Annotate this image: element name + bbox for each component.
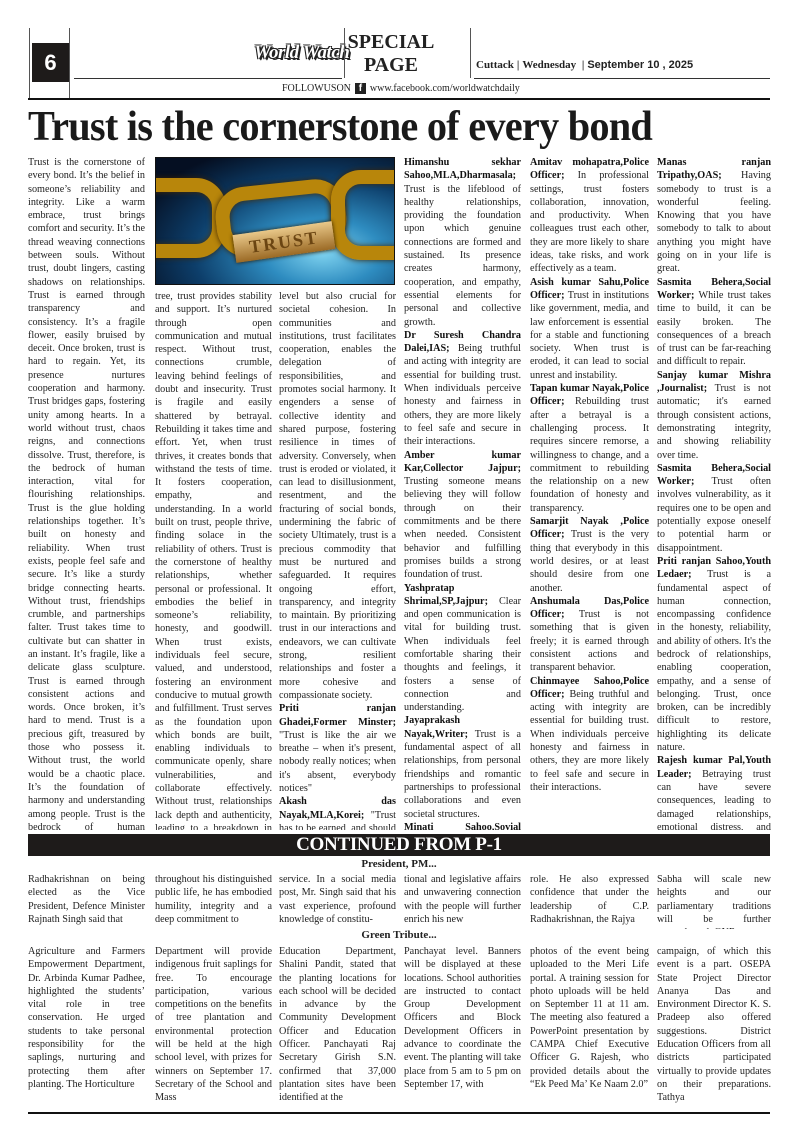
quote-author: Jayaprakash Nayak,Writer; <box>404 715 468 739</box>
quote-author: Yashpratap Shrimal,SP,Jajpur; <box>404 583 488 607</box>
quote-text: Trust is not automatic; it's earned thro… <box>657 383 771 460</box>
chain-link-right <box>331 170 395 260</box>
quote-text: Rebuilding trust after a betrayal is a c… <box>530 396 649 513</box>
quote-author: Minati Sahoo,Sovial Worker; <box>404 822 521 830</box>
article-column-6: Manas ranjan Tripathy,OAS; Having somebo… <box>657 156 771 830</box>
article-column-3: level but also crucial for societal cohe… <box>279 290 396 830</box>
quote: Amitav mohapatra,Police Officer; In prof… <box>530 156 649 276</box>
page-number: 6 <box>32 43 69 82</box>
continued-banner: CONTINUED FROM P-1 <box>28 834 770 856</box>
article-column-2: tree, trust provides stability and suppo… <box>155 290 272 830</box>
article-column-1: Trust is the cornerstone of every bond. … <box>28 156 145 830</box>
quote-author: Priti ranjan Ghadei,Former Minster; <box>279 703 396 727</box>
story1-column: Sabha will scale new heights and our par… <box>657 873 771 929</box>
masthead: 6 World Watch SPECIAL PAGE Cuttack|Wedne… <box>0 0 800 100</box>
quote-text: Being truthful and acting with integrity… <box>404 343 521 447</box>
facebook-link[interactable]: www.facebook.com/worldwatchdaily <box>370 83 520 94</box>
quote: Sasmita Behera,Social Worker; While trus… <box>657 276 771 369</box>
quote-text: Trust is the lifeblood of healthy relati… <box>404 184 521 328</box>
quote: Priti ranjan Ghadei,Former Minster; "Tru… <box>279 702 396 795</box>
quote: Manas ranjan Tripathy,OAS; Having somebo… <box>657 156 771 276</box>
story2-column: campaign, of which this event is a part.… <box>657 945 771 1109</box>
quote-text: Trust in institutions like government, m… <box>530 290 649 381</box>
newspaper-logo: World Watch <box>254 42 349 64</box>
masthead-rule <box>474 78 770 79</box>
masthead-divider <box>344 28 345 78</box>
quote-text: Clear and open communication is vital fo… <box>404 596 521 713</box>
quote-text: Trust often involves vulnerability, as i… <box>657 476 771 553</box>
issue-date: September 10 , 2025 <box>587 59 693 71</box>
story-title-president: President, PM... <box>28 858 770 870</box>
article-body: Trust is the cornerstone of every bond. … <box>28 156 145 830</box>
city: Cuttack <box>476 59 514 71</box>
story2-column: photos of the event being uploaded to th… <box>530 945 649 1109</box>
quote: Asish kumar Sahu,Police Officer; Trust i… <box>530 276 649 382</box>
quote-text: Trust is a fundamental aspect of all rel… <box>404 729 521 820</box>
masthead-divider <box>470 28 471 78</box>
quote: Minati Sahoo,Sovial Worker; In personal … <box>404 821 521 830</box>
masthead-rule <box>74 78 342 79</box>
masthead-divider <box>29 28 30 100</box>
quote: Yashpratap Shrimal,SP,Jajpur; Clear and … <box>404 582 521 715</box>
dateline: Cuttack|Wednesday |September 10 , 2025 <box>476 59 693 71</box>
quote: Tapan kumar Nayak,Police Officer; Rebuil… <box>530 382 649 515</box>
quote: Dr Suresh Chandra Dalei,IAS; Being truth… <box>404 329 521 449</box>
section-label: SPECIAL PAGE <box>346 31 436 77</box>
facebook-icon: f <box>355 83 366 94</box>
quote: Sanjay kumar Mishra ,Journalist; Trust i… <box>657 369 771 462</box>
story-title-green-tribute: Green Tribute... <box>28 929 770 941</box>
quote-text: While trust takes time to build, it can … <box>657 290 771 367</box>
weekday: Wednesday <box>522 59 576 71</box>
quote-text: Trusting someone means believing they wi… <box>404 476 521 580</box>
quote: Samarjit Nayak ,Police Officer; Trust is… <box>530 515 649 595</box>
article-body: level but also crucial for societal cohe… <box>279 290 396 702</box>
quote: Sasmita Behera,Social Worker; Trust ofte… <box>657 462 771 555</box>
section-label-line2: PAGE <box>346 54 436 77</box>
article-column-4: Himanshu sekhar Sahoo,MLA,Dharmasala; Tr… <box>404 156 521 830</box>
story1-column: role. He also expressed confidence that … <box>530 873 649 929</box>
quote-text: Being truthful and acting with integrity… <box>530 689 649 793</box>
quote-text: Having somebody to trust is a wonderful … <box>657 170 771 274</box>
quote: Himanshu sekhar Sahoo,MLA,Dharmasala; Tr… <box>404 156 521 329</box>
page-bottom-rule <box>28 1112 770 1114</box>
story1-column: tional and legislative affairs and unwav… <box>404 873 521 929</box>
quote-text: "Trust is like the air we breathe – when… <box>279 730 396 794</box>
quote: Chinmayee Sahoo,Police Officer; Being tr… <box>530 675 649 795</box>
story1-column: service. In a social media post, Mr. Sin… <box>279 873 396 929</box>
quote: Akash das Nayak,MLA,Korei; "Trust has to… <box>279 795 396 830</box>
follow-label: FOLLOWUSON <box>282 83 351 94</box>
quote: Rajesh kumar Pal,Youth Leader; Betraying… <box>657 754 771 830</box>
story1-column: throughout his distinguished public life… <box>155 873 272 929</box>
article-body: tree, trust provides stability and suppo… <box>155 290 272 830</box>
quote-text: In professional settings, trust fosters … <box>530 170 649 274</box>
article-column-5: Amitav mohapatra,Police Officer; In prof… <box>530 156 649 830</box>
quote-author: Himanshu sekhar Sahoo,MLA,Dharmasala; <box>404 157 521 181</box>
follow-us: FOLLOWUSON f www.facebook.com/worldwatch… <box>282 83 520 94</box>
quote-author: Amber kumar Kar,Collector Jajpur; <box>404 450 521 474</box>
story1-column: Radhakrishnan on being elected as the Vi… <box>28 873 145 929</box>
story2-column: Agriculture and Farmers Empowerment Depa… <box>28 945 145 1109</box>
quote: Amber kumar Kar,Collector Jajpur; Trusti… <box>404 449 521 582</box>
story2-column: Education Department, Shalini Pandit, st… <box>279 945 396 1109</box>
trust-chain-photo: TRUST <box>155 157 395 285</box>
section-label-line1: SPECIAL <box>346 31 436 54</box>
masthead-divider <box>69 28 70 100</box>
quote: Anshumala Das,Police Officer; Trust is n… <box>530 595 649 675</box>
quote: Jayaprakash Nayak,Writer; Trust is a fun… <box>404 714 521 820</box>
masthead-bottom-rule <box>28 98 770 100</box>
story2-column: Panchayat level. Banners will be display… <box>404 945 521 1109</box>
quote-text: Trust is a fundamental aspect of human c… <box>657 569 771 753</box>
story2-column: Department will provide indigenous fruit… <box>155 945 272 1109</box>
quote: Priti ranjan Sahoo,Youth Ledaer; Trust i… <box>657 555 771 754</box>
headline: Trust is the cornerstone of every bond <box>28 103 740 151</box>
